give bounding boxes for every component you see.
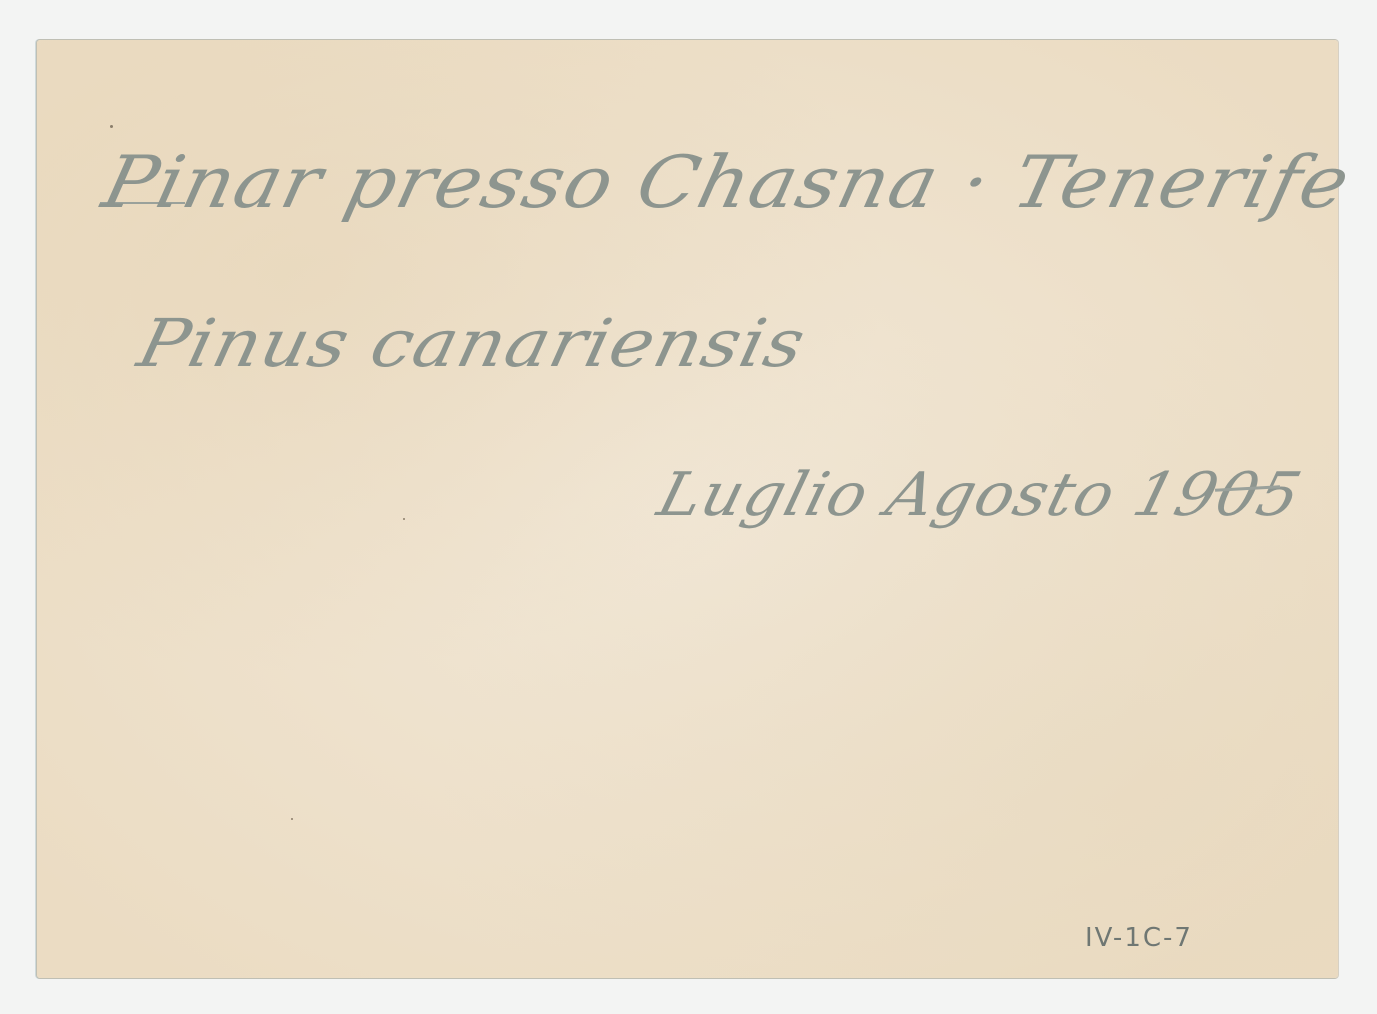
paper-speck [110, 125, 113, 128]
paper-speck [403, 518, 405, 520]
species-line: Pinus canariensis [131, 305, 813, 382]
date-line: Luglio Agosto 1905 [651, 460, 1309, 530]
paper-speck [291, 818, 293, 820]
locality-line: Pinar presso Chasna · Tenerife [95, 140, 1358, 224]
archive-number: IV-1C-7 [1085, 923, 1193, 953]
